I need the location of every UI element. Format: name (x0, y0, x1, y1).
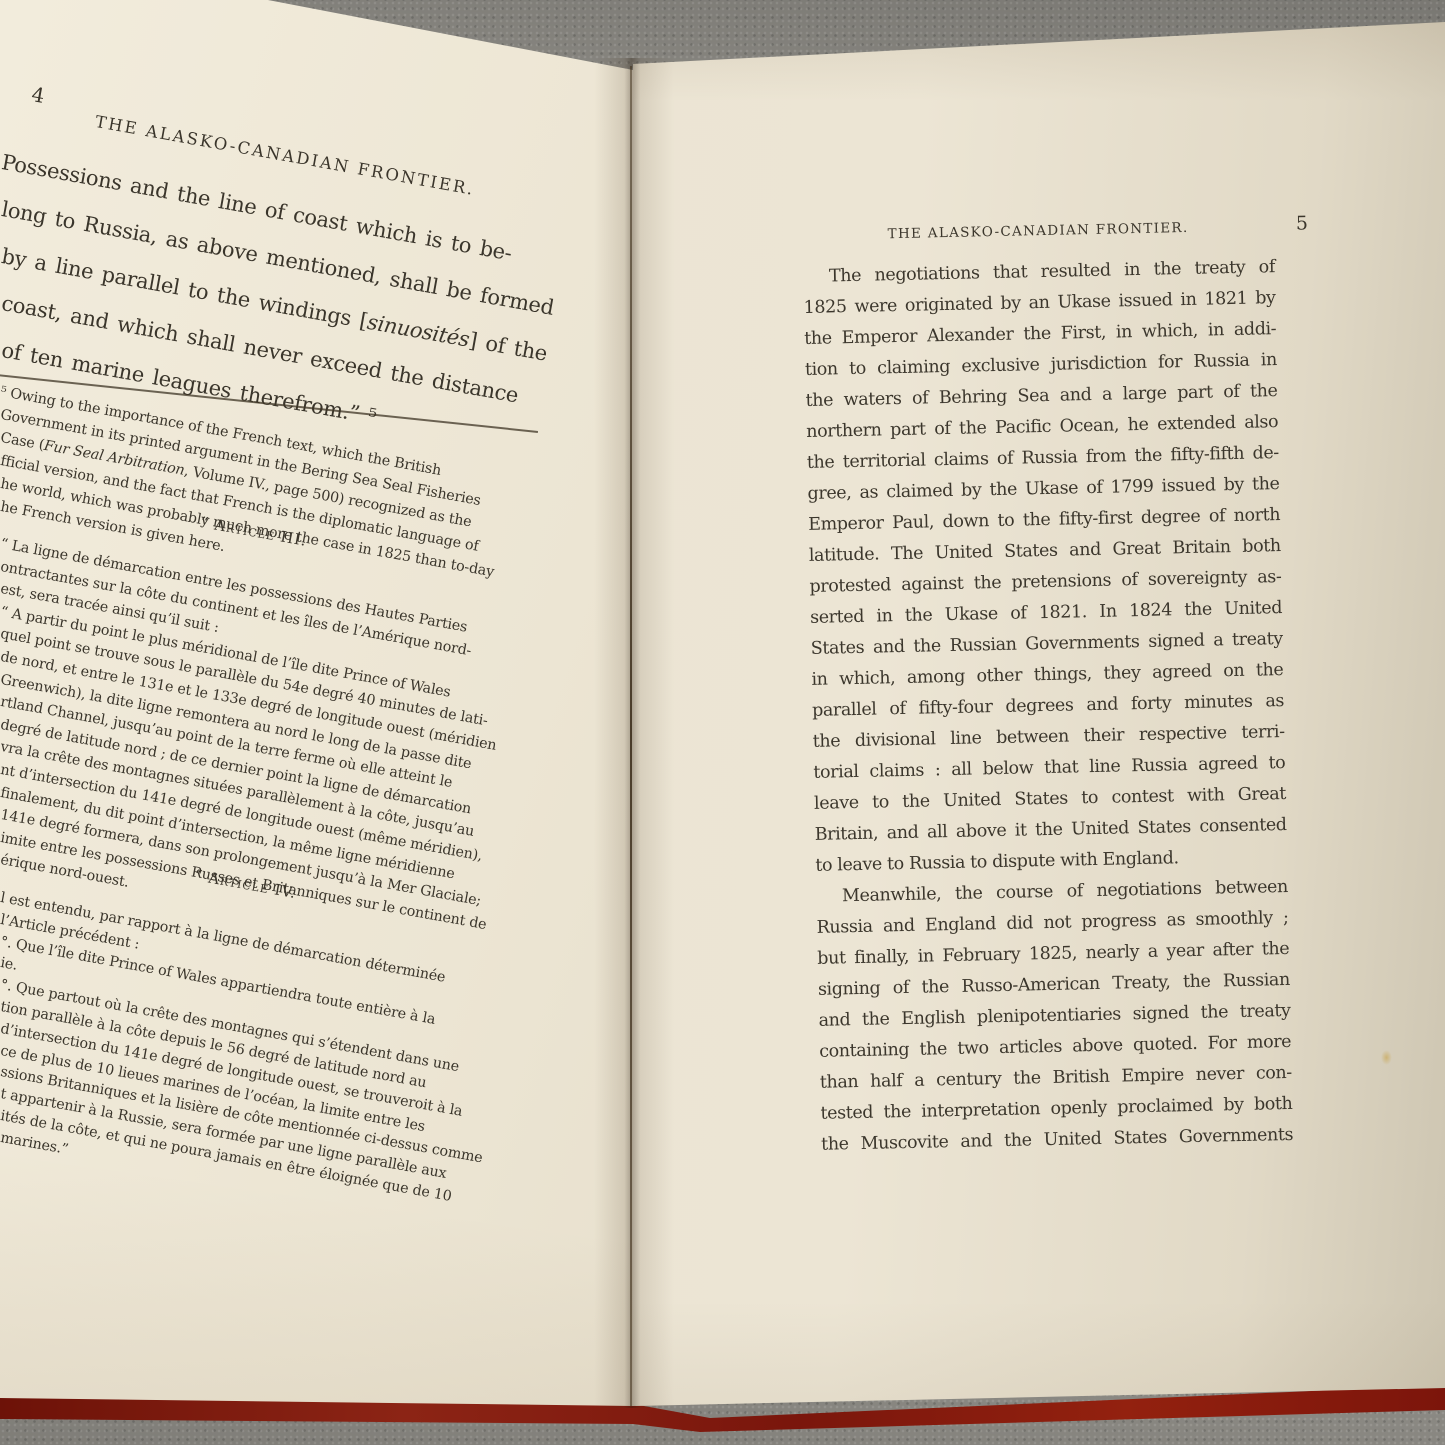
text-line: degré de latitude nord ; de ce dernier p… (0, 717, 472, 817)
text-line: fficial version, and the fact that Frenc… (0, 453, 480, 555)
text-line: nt d’intersection du 141e degré de longi… (0, 762, 484, 864)
text-line: quel point se trouve sous le parallèle d… (0, 626, 489, 729)
text-line: l est entendu, par rapport à la ligne de… (0, 890, 446, 986)
text-line: long to Russia, as above mentioned, shal… (0, 197, 556, 320)
text-line: rtland Channel, jusqu’au point de la ter… (0, 694, 454, 791)
text-line: Greenwich), la dite ligne remontera au n… (0, 672, 473, 772)
text-line: ssions Britanniques et la lisière de côt… (0, 1064, 484, 1166)
gutter-seam-line (630, 66, 632, 1406)
text-line: marines.” (0, 1130, 69, 1158)
text-line: érique nord-ouest. (0, 852, 130, 891)
text-line: of ten marine leagues therefrom.” ⁵ (0, 338, 378, 429)
footnote-rule (0, 374, 538, 433)
text-line: de nord, et entre le 131e et le 133e deg… (0, 649, 498, 754)
text-line: Government in its printed argument in th… (0, 407, 482, 509)
text-line: t appartenir à la Russie, sera formée pa… (0, 1086, 448, 1182)
left-running-header: THE ALASKO-CANADIAN FRONTIER. (94, 112, 477, 199)
text-line: he French version is given here. (0, 499, 226, 555)
right-page-number: 5 (1296, 212, 1309, 234)
text-line: coast, and which shall never exceed the … (0, 291, 520, 408)
text-line: 141e degré formera, dans son prolongemen… (0, 807, 482, 909)
italic-text-segment: Fur Seal Arbitration (43, 438, 186, 479)
text-line: l’Article précédent : (0, 912, 141, 953)
right-running-header: THE ALASKO-CANADIAN FRONTIER. (802, 218, 1274, 244)
text-segment: Case ( (0, 430, 45, 454)
text-line: vra la crête des montagnes situées paral… (0, 739, 475, 840)
open-book-photo: 4 THE ALASKO-CANADIAN FRONTIER. Possessi… (0, 0, 1445, 1445)
text-line: ce de plus de 10 lieues marines de l’océ… (0, 1043, 426, 1135)
text-line: finalement, du dit point d’intersection,… (0, 785, 456, 882)
left-page-number: 4 (30, 82, 47, 108)
right-page-content: THE ALASKO-CANADIAN FRONTIER. 5 The nego… (802, 218, 1293, 1161)
text-segment: by a line parallel to the windings [ (0, 244, 370, 333)
text-line: by a line parallel to the windings [sinu… (0, 244, 549, 366)
text-line: °. Que l’île dite Prince of Wales appart… (0, 934, 437, 1028)
paragraph-2: Meanwhile, the course of negotiations be… (816, 872, 1294, 1161)
text-line: “ La ligne de démarcation entre les poss… (0, 536, 468, 636)
text-line: tion parallèle à la côte depuis le 56 de… (0, 999, 428, 1091)
text-line: ontractantes sur la côte du continent et… (0, 559, 472, 659)
text-segment: ] of the (467, 328, 549, 366)
text-line: Possessions and the line of coast which … (0, 150, 514, 265)
text-line: ités de la côte, et qui ne poura jamais … (0, 1108, 453, 1205)
text-line: est, sera tracée ainsi qu’il suit : (0, 581, 220, 636)
article-3-heading: “ Article III. (199, 513, 309, 550)
text-line: d’intersection du 141e degré de longitud… (0, 1021, 464, 1120)
text-line: “ A partir du point le plus méridional d… (0, 604, 452, 701)
foxing-spot (1381, 1050, 1392, 1065)
text-line: ie. (0, 955, 19, 974)
paragraph-1: The negotiations that resulted in the tr… (803, 252, 1288, 882)
italic-text-segment: sinuosités (365, 310, 471, 352)
text-line: °. Que partout où la crête des montagnes… (0, 977, 460, 1075)
article-4-heading: “ Article IV. (193, 866, 298, 902)
text-line: Case (Fur Seal Arbitration, Volume IV., … (0, 430, 473, 530)
